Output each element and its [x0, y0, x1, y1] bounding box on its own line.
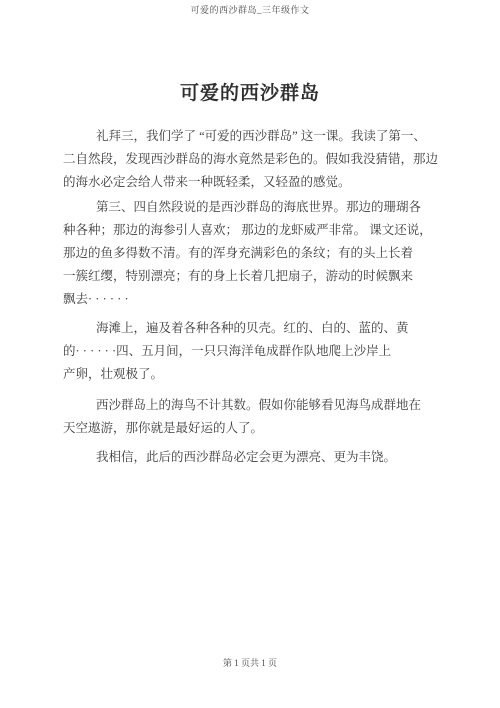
paragraph-line: 那边的鱼多得数不清。有的浑身充满彩色的条纹；有的头上长着: [63, 242, 438, 265]
paragraph-line: 一簇红缨，特别漂亮；有的身上长着几把扇子，游动的时候飘来: [63, 265, 438, 288]
paragraph-line: 第三、四自然段说的是西沙群岛的海底世界。那边的珊瑚各: [63, 196, 438, 219]
paragraph: 第三、四自然段说的是西沙群岛的海底世界。那边的珊瑚各 种各种；那边的海参引人喜欢…: [63, 196, 438, 311]
page-number-footer: 第 1 页共 1 页: [0, 656, 500, 669]
paragraph-line: 产卵，壮观极了。: [63, 363, 438, 386]
paragraph-line: 种各种；那边的海参引人喜欢； 那边的龙虾威严非常。 课文还说，: [63, 219, 438, 242]
document-page: 可爱的西沙群岛_三年级作文 可爱的西沙群岛 礼拜三，我们学了 “可爱的西沙群岛”…: [0, 0, 500, 708]
page-title: 可爱的西沙群岛: [0, 78, 500, 105]
paragraph: 西沙群岛上的海鸟不计其数。假如你能够看见海鸟成群地在 天空遨游，那你就是最好运的…: [63, 394, 438, 440]
paragraph-line: 飘去· · · · · ·: [63, 288, 438, 311]
paragraph-line: 的海水必定会给人带来一种既轻柔，又轻盈的感觉。: [63, 171, 438, 194]
paragraph: 海滩上，遍及着各种各种的贝壳。红的、白的、蓝的、黄 的· · · · · ·四、…: [63, 317, 438, 386]
paragraph-line: 二自然段，发现西沙群岛的海水竟然是彩色的。假如我没猜错，那边: [63, 148, 438, 171]
paragraph-line: 我相信，此后的西沙群岛必定会更为漂亮、更为丰饶。: [63, 446, 438, 469]
paragraph-line: 天空遨游，那你就是最好运的人了。: [63, 417, 438, 440]
document-header-text: 可爱的西沙群岛_三年级作文: [0, 3, 500, 16]
paragraph: 礼拜三，我们学了 “可爱的西沙群岛” 这一课。我读了第一、 二自然段，发现西沙群…: [63, 125, 438, 194]
document-body: 礼拜三，我们学了 “可爱的西沙群岛” 这一课。我读了第一、 二自然段，发现西沙群…: [63, 125, 438, 469]
paragraph-line: 西沙群岛上的海鸟不计其数。假如你能够看见海鸟成群地在: [63, 394, 438, 417]
paragraph: 我相信，此后的西沙群岛必定会更为漂亮、更为丰饶。: [63, 446, 438, 469]
paragraph-line: 海滩上，遍及着各种各种的贝壳。红的、白的、蓝的、黄: [63, 317, 438, 340]
paragraph-line: 的· · · · · ·四、五月间，一只只海洋龟成群作队地爬上沙岸上: [63, 340, 438, 363]
paragraph-line: 礼拜三，我们学了 “可爱的西沙群岛” 这一课。我读了第一、: [63, 125, 438, 148]
